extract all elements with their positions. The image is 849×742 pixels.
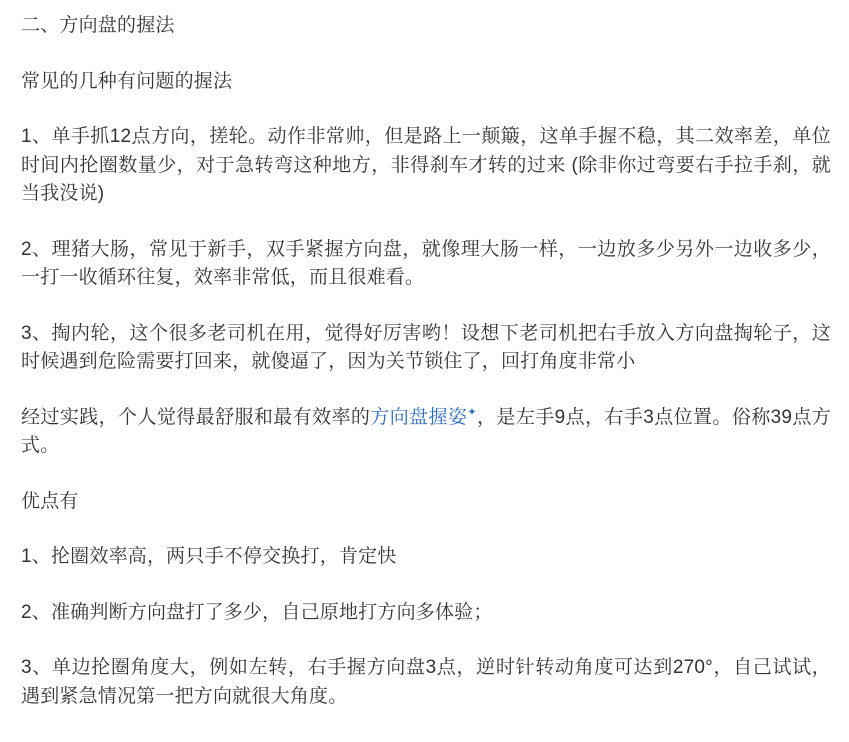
intro-text: 常见的几种有问题的握法 — [21, 68, 831, 97]
section-heading: 二、方向盘的握法 — [21, 12, 831, 41]
problem-item-3: 3、掏内轮，这个很多老司机在用，觉得好厉害哟！设想下老司机把右手放入方向盘掏轮子… — [21, 320, 831, 377]
steering-grip-entity-link[interactable]: 方向盘握姿 — [370, 407, 467, 428]
advantage-item-2: 2、准确判断方向盘打了多少，自己原地打方向多体验； — [21, 599, 831, 628]
problem-item-1: 1、单手抓12点方向，搓轮。动作非常帅，但是路上一颠簸，这单手握不稳，其二效率差… — [21, 123, 831, 209]
advantage-item-3: 3、单边抡圈角度大，例如左转，右手握方向盘3点，逆时针转动角度可达到270°，自… — [21, 654, 831, 711]
advantages-heading: 优点有 — [21, 488, 831, 517]
entity-link-star-icon[interactable]: ✦ — [467, 406, 476, 418]
advantage-item-1: 1、抡圈效率高，两只手不停交换打，肯定快 — [21, 543, 831, 572]
problem-item-2: 2、理猪大肠，常见于新手，双手紧握方向盘，就像理大肠一样，一边放多少另外一边收多… — [21, 236, 831, 293]
article-body: 二、方向盘的握法 常见的几种有问题的握法 1、单手抓12点方向，搓轮。动作非常帅… — [0, 0, 849, 729]
recommendation-text-before: 经过实践，个人觉得最舒服和最有效率的 — [21, 407, 370, 428]
recommendation-paragraph: 经过实践，个人觉得最舒服和最有效率的方向盘握姿✦，是左手9点，右手3点位置。俗称… — [21, 404, 831, 461]
